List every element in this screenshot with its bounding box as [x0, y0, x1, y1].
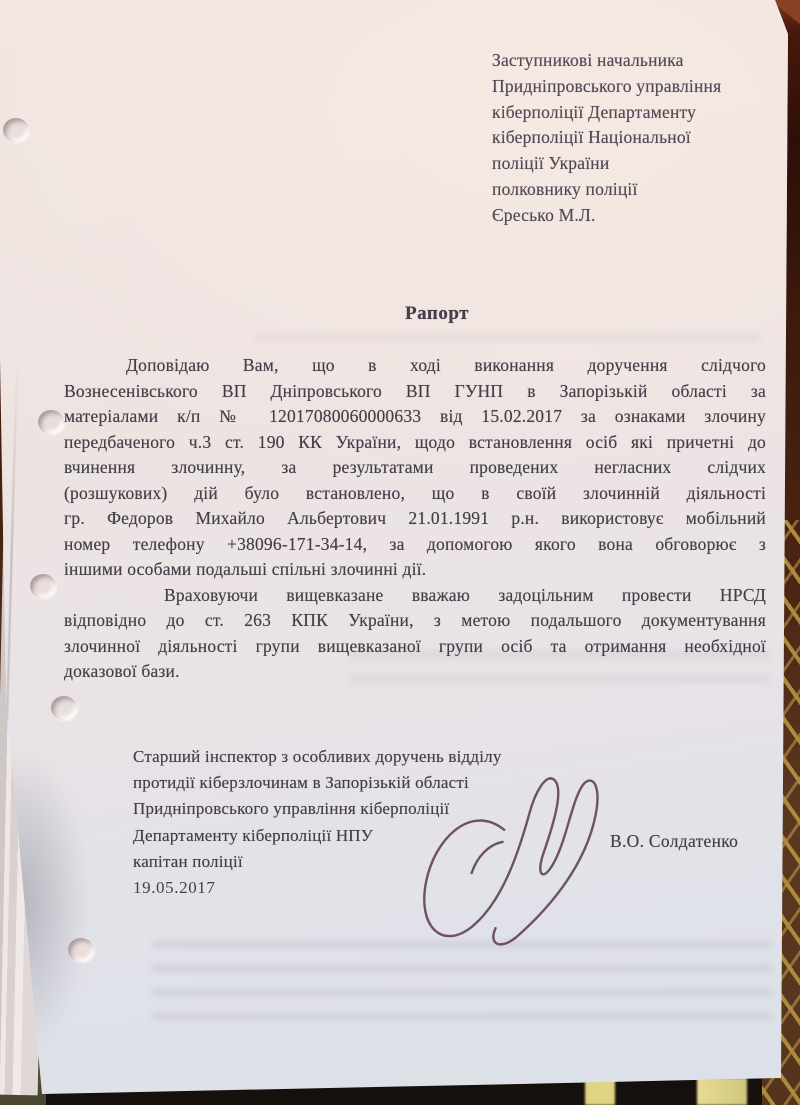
signature-stroke: [420, 777, 602, 947]
text-line: Заступникові начальника: [492, 48, 760, 74]
report-page: Заступникові начальникаПридніпровського …: [0, 0, 800, 1105]
text-line: іншими особами подальші спільні злочинні…: [64, 557, 766, 583]
text-line: Враховуючи вищевказане вважаю задоцільни…: [64, 583, 766, 609]
document-body: Доповідаю Вам, що в ході виконання доруч…: [64, 353, 766, 685]
text-line: кіберполіції Національної: [492, 125, 760, 151]
recipient-block: Заступникові начальникаПридніпровського …: [492, 48, 760, 229]
signer-name: В.О. Солдатенко: [610, 831, 738, 852]
text-line: відповідно до ст. 263 КПК України, з мет…: [64, 608, 766, 634]
text-line: злочинної діяльності групи вищевказаної …: [64, 634, 766, 660]
text-line: номер телефону +38096-171-34-14, за допо…: [64, 532, 766, 558]
photo-stage: Заступникові начальникаПридніпровського …: [0, 0, 800, 1105]
text-line: Єресько М.Л.: [492, 203, 760, 229]
text-line: полковнику поліції: [492, 177, 760, 203]
paragraph: Враховуючи вищевказане вважаю задоцільни…: [64, 583, 766, 685]
text-line: Доповідаю Вам, що в ході виконання доруч…: [64, 353, 766, 379]
text-line: гр. Федоров Михайло Альбертович 21.01.19…: [64, 506, 766, 532]
table-leg-glint: [697, 1078, 747, 1105]
text-line: матеріалами к/п № 12017080060000633 від …: [64, 404, 766, 430]
text-line: доказової бази.: [64, 659, 766, 685]
text-line: передбаченого ч.3 ст. 190 КК України, що…: [64, 430, 766, 456]
paragraph: Доповідаю Вам, що в ході виконання доруч…: [64, 353, 766, 583]
text-line: Вознесенівського ВП Дніпровського ВП ГУН…: [64, 379, 766, 405]
text-line: поліції України: [492, 151, 760, 177]
text-line: Придніпровського управління: [492, 74, 760, 100]
signature-stroke: [471, 842, 504, 873]
text-line: вчинення злочинну, за результатами прове…: [64, 455, 766, 481]
document-content: Заступникові начальникаПридніпровського …: [0, 0, 800, 1105]
text-line: кіберполіції Департаменту: [492, 100, 760, 126]
text-line: (розшукових) дій було встановлено, що в …: [64, 481, 766, 507]
document-title: Рапорт: [87, 303, 787, 325]
handwritten-signature: [381, 748, 618, 961]
